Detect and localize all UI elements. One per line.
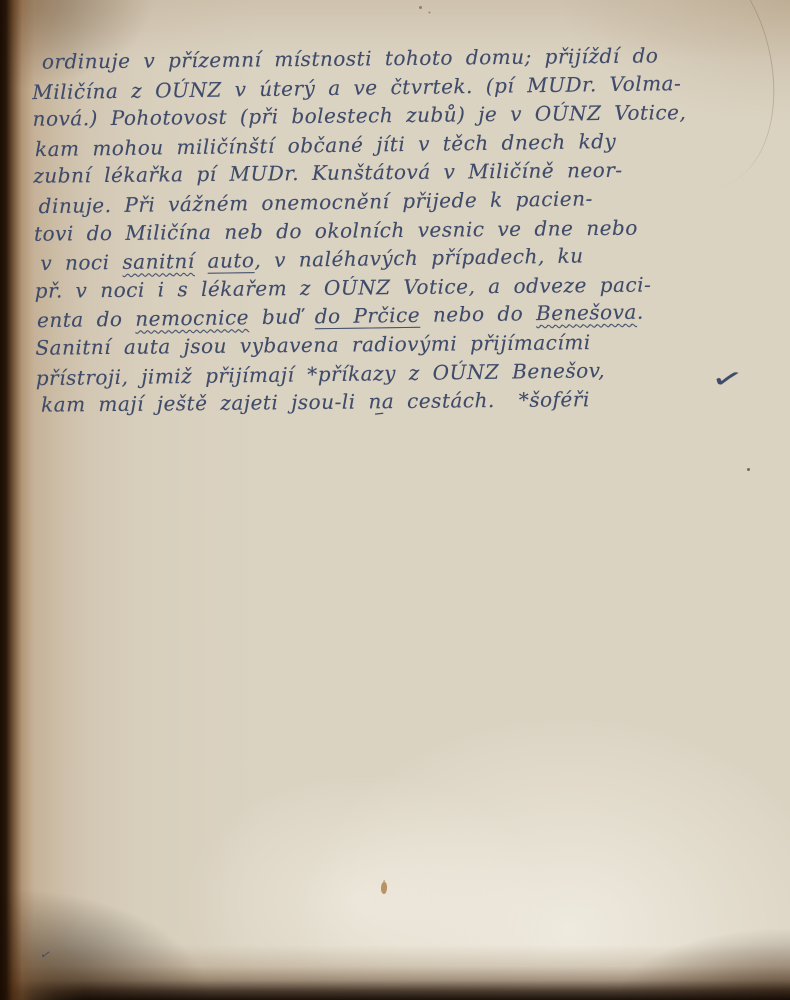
paper-speck — [747, 468, 750, 471]
handwriting-segment: tovi do Miličína neb do okolních vesnic … — [34, 215, 638, 245]
handwriting-segment: v noci — [40, 250, 122, 275]
underlined-word: Benešova — [536, 300, 637, 325]
handwriting-segment: Sanitní auta jsou vybavena radiovými při… — [35, 330, 591, 360]
underlined-word: auto — [207, 248, 254, 273]
paper-speck — [419, 6, 422, 9]
handwriting-segment: . — [637, 300, 644, 324]
handwriting-segment: , v naléhavých případech, ku — [254, 244, 583, 273]
handwriting-segment: nebo do — [420, 302, 536, 328]
paper-stain — [381, 882, 387, 894]
handwriting-segment — [195, 249, 208, 273]
handwriting-segment: nová.) Pohotovost (při bolestech zubů) j… — [32, 100, 686, 131]
handwriting-line: kam mají ještě zajeti jsou-li na cestách… — [36, 383, 776, 419]
handwriting-segment: enta do — [37, 307, 136, 332]
chronicle-page-photo: ordinuje v přízemní místnosti tohoto dom… — [0, 0, 790, 1000]
underlined-word: do Prčice — [315, 303, 421, 328]
handwriting-segment: ordinuje v přízemní místnosti tohoto dom… — [42, 43, 659, 73]
handwriting-text: ordinuje v přízemní místnosti tohoto dom… — [32, 39, 776, 420]
underlined-word: nemocnice — [135, 306, 249, 332]
handwriting-segment: *šoféři — [519, 387, 590, 412]
handwriting-segment: dinuje. Při vážném onemocnění přijede k … — [39, 186, 593, 218]
handwriting-segment: buď — [249, 305, 315, 330]
margin-check-mark: ✓ — [709, 362, 746, 398]
corner-pen-tick: ✓ — [38, 947, 52, 964]
handwriting-segment: zubní lékařka pí MUDr. Kunštátová v Mili… — [33, 158, 623, 188]
handwriting-segment: kam mají ještě zajeti jsou-li na cestách… — [41, 388, 495, 417]
underlined-word: sanitní — [122, 249, 195, 274]
